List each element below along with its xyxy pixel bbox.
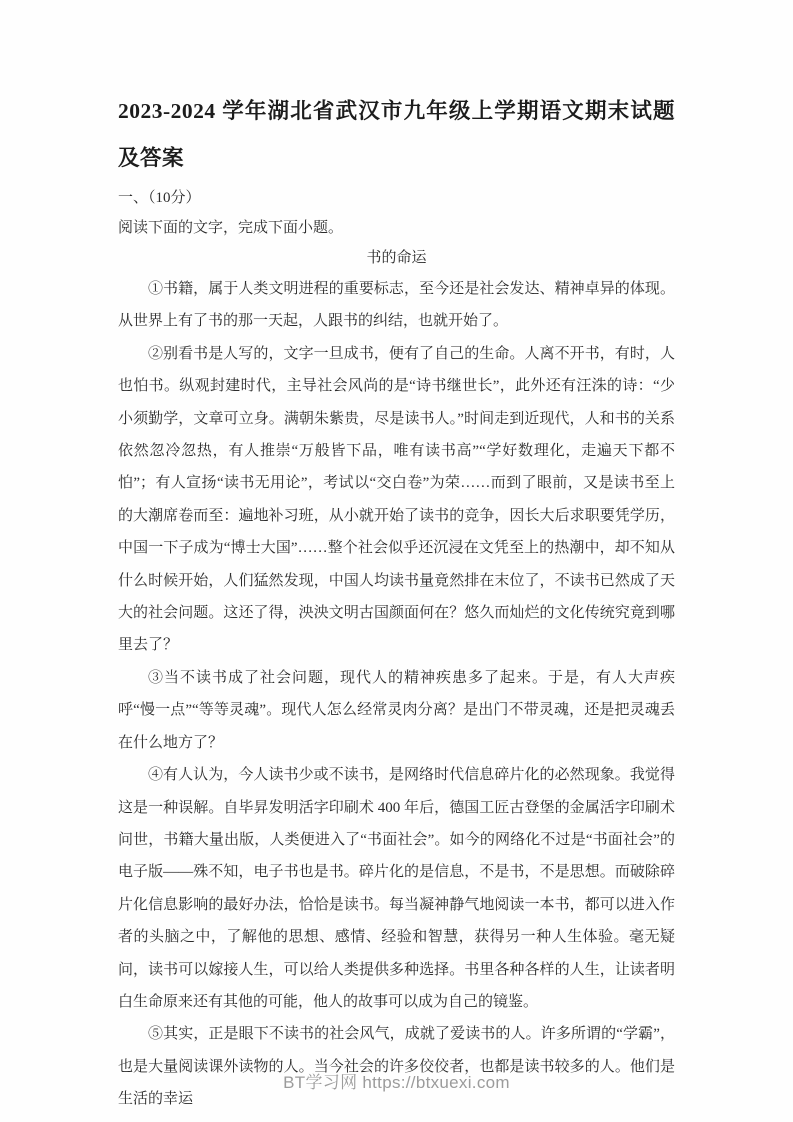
watermark-text: BT学习网 https://btxuexi.com [283, 1073, 510, 1092]
document-content: 2023-2024 学年湖北省武汉市九年级上学期语文期末试题及答案 一、（10分… [118, 88, 675, 1116]
watermark-footer: BT学习网 https://btxuexi.com [0, 1068, 793, 1093]
essay-title: 书的命运 [118, 243, 675, 273]
question-header: 一、（10分） 阅读下面的文字，完成下面小题。 书的命运 [118, 183, 675, 273]
essay-body: ①书籍，属于人类文明进程的重要标志，至今还是社会发达、精神卓异的体现。从世界上有… [118, 273, 675, 1116]
essay-paragraph-3: ③当不读书成了社会问题，现代人的精神疾患多了起来。于是，有人大声疾呼“慢一点”“… [118, 662, 675, 759]
document-page: 2023-2024 学年湖北省武汉市九年级上学期语文期末试题及答案 一、（10分… [0, 0, 793, 1122]
essay-paragraph-2: ②别看书是人写的，文字一旦成书，便有了自己的生命。人离不开书，有时，人也怕书。纵… [118, 338, 675, 662]
essay-paragraph-5: ⑤其实，正是眼下不读书的社会风气，成就了爱读书的人。许多所谓的“学霸”，也是大量… [118, 1018, 675, 1115]
essay-paragraph-4: ④有人认为，今人读书少或不读书，是网络时代信息碎片化的必然现象。我觉得这是一种误… [118, 759, 675, 1018]
section-heading: 一、（10分） [118, 183, 675, 213]
essay-paragraph-1: ①书籍，属于人类文明进程的重要标志，至今还是社会发达、精神卓异的体现。从世界上有… [118, 273, 675, 338]
document-title: 2023-2024 学年湖北省武汉市九年级上学期语文期末试题及答案 [118, 88, 675, 182]
reading-instruction: 阅读下面的文字，完成下面小题。 [118, 213, 675, 243]
